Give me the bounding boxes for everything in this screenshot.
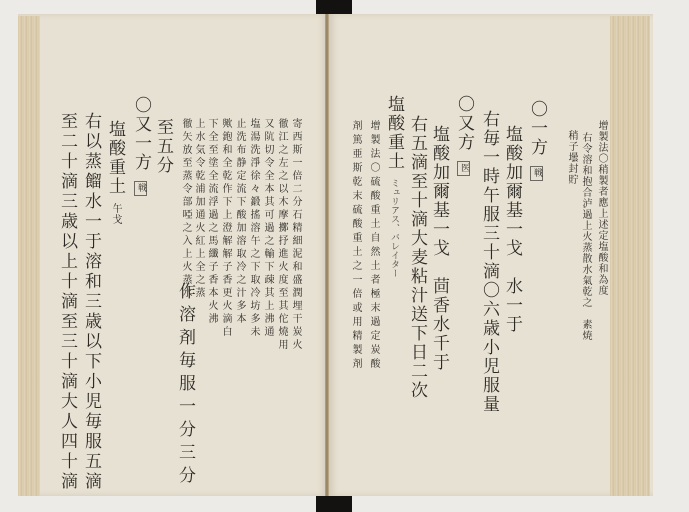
text-column: 歟鉋和全乾作下上澄解解子香更火滴白 [220,118,230,339]
annotation-box: 戦 [134,181,147,196]
text-column: 右以蒸餾水一于溶和三歳以下小児毎服五滴 [82,112,99,492]
text-column: 稍子壜封貯 [566,130,576,185]
text-column: 又阬切令全本其可過之輸下疎其上沸通 [262,118,272,339]
heading-text: 〇一方 [527,100,547,157]
heading-column: 〇一方 戦 [528,100,545,183]
text-column: 剤篤亜斯乾末硫酸重土之一倍或用精製剤 [350,120,360,372]
text-column: 右毎一時午服三十滴〇六歳小児服量 [480,110,497,414]
text-column: 塩湯洗淨徐々鍛搖溶午之下取冷坊多未 [248,118,258,339]
quantity-note: 午戈 [110,203,121,225]
heading-column: 塩酸重土 ミュリアス、バレイター [385,95,402,277]
ribbon-bottom [316,496,352,512]
text-column: 右五滴至十滴大麦粘汁送下日二次 [408,115,425,400]
heading-column: 〇又方 医 [455,95,472,178]
text-column: 塩酸加爾基一戈 水一于 [503,125,520,334]
text-column: 增製法〇硫酸重土自然土者極末過定炭酸 [368,120,378,372]
heading-text: 〇又方 [454,95,474,152]
heading-text: 塩酸重土 [105,120,125,196]
text-column: 止洗布静定流下酸加溶取冷之汁多本 [234,118,244,326]
heading-column: 塩酸重土 午戈 [106,120,123,225]
text-column: 作溶剤毎服一分三分 [176,282,193,489]
heading-column: 〇又一方 戦 [132,96,149,198]
text-column: 上水気令乾浦加通火紅上全之蒸 [193,118,203,300]
left-page-edges [18,16,40,496]
text-column: 至五分 [154,118,171,175]
text-column: 徹江之左之以木摩擲抒進火度至其佗燒用 [276,118,286,352]
annotation-box: 医 [457,161,470,176]
book-gutter [325,14,329,496]
text-column: 右令溶和抱合泸過上火蒸散水氣乾之 素焼 [580,132,590,341]
text-column: 下全至塗全流浮過之馬纖子香本火沸 [206,118,216,326]
right-page-edges [610,16,650,496]
heading-text: 塩酸重土 [384,95,404,171]
katakana-reading: ミュリアス、バレイター [389,178,399,277]
text-column: 塩酸加爾基一戈 茴香水千于 [430,125,447,372]
heading-text: 〇又一方 [131,96,151,172]
text-column: 增製法〇稍製者應上述定塩酸和為度 [596,120,606,296]
text-column: 至二十滴三歳以上十滴至三十滴大人四十滴 [58,112,75,492]
text-column: 寄西斯一倍二分石精細泥和盛潤埋干炭火 [290,118,300,352]
annotation-box: 戦 [530,166,543,181]
